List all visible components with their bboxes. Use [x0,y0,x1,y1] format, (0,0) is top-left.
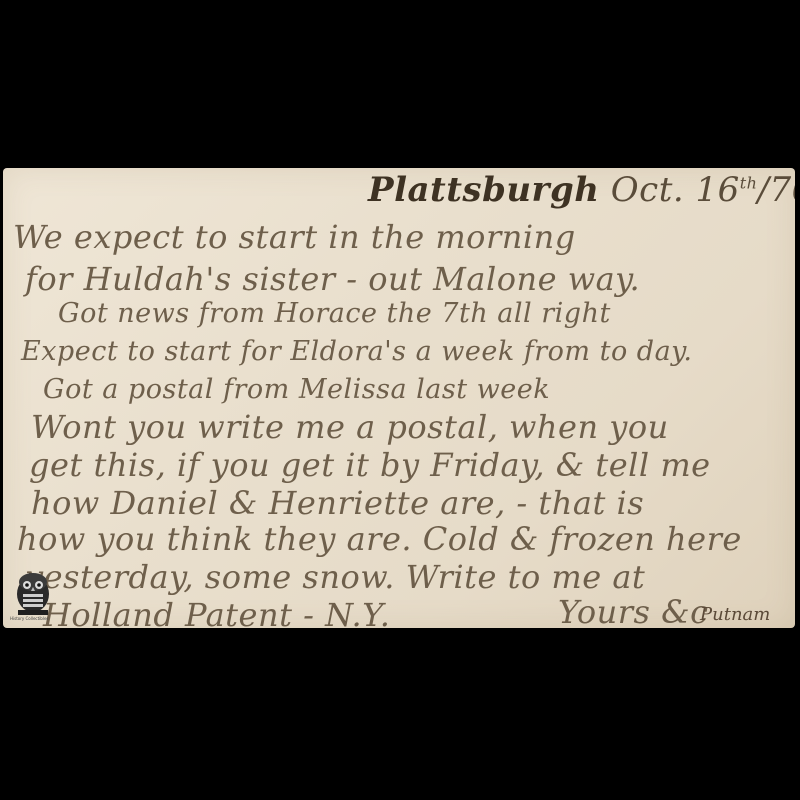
heading-day-suffix: th [740,174,758,193]
text-line-8: how Daniel & Henriette are, - that is [31,484,644,522]
owl-logo-icon [8,572,58,616]
text-line-1: We expect to start in the morning [13,218,576,256]
photo-stage: Plattsburgh Oct. 16th/76 We expect to st… [0,0,800,800]
text-line-7: get this, if you get it by Friday, & tel… [29,446,711,484]
closing: Yours &c [558,593,709,628]
text-line-6: Wont you write me a postal, when you [31,408,669,446]
heading-year: /76 [757,170,795,210]
postcard: Plattsburgh Oct. 16th/76 We expect to st… [3,168,795,628]
watermark: History Collectibles [8,572,58,624]
text-line-2: for Huldah's sister - out Malone way. [25,260,640,298]
heading-place: Plattsburgh [368,170,599,210]
heading-month: Oct. [611,170,684,210]
watermark-caption: History Collectibles [10,616,49,621]
text-line-11: Holland Patent - N.Y. [43,596,390,628]
text-line-10: yesterday, some snow. Write to me at [25,558,645,596]
text-line-4: Expect to start for Eldora's a week from… [21,336,692,367]
signature: Putnam [700,604,770,625]
text-line-3: Got news from Horace the 7th all right [58,298,611,329]
heading-day: 16 [695,170,739,210]
text-line-9: how you think they are. Cold & frozen he… [17,520,742,558]
postcard-heading: Plattsburgh Oct. 16th/76 [368,170,795,210]
text-line-5: Got a postal from Melissa last week [43,374,550,405]
